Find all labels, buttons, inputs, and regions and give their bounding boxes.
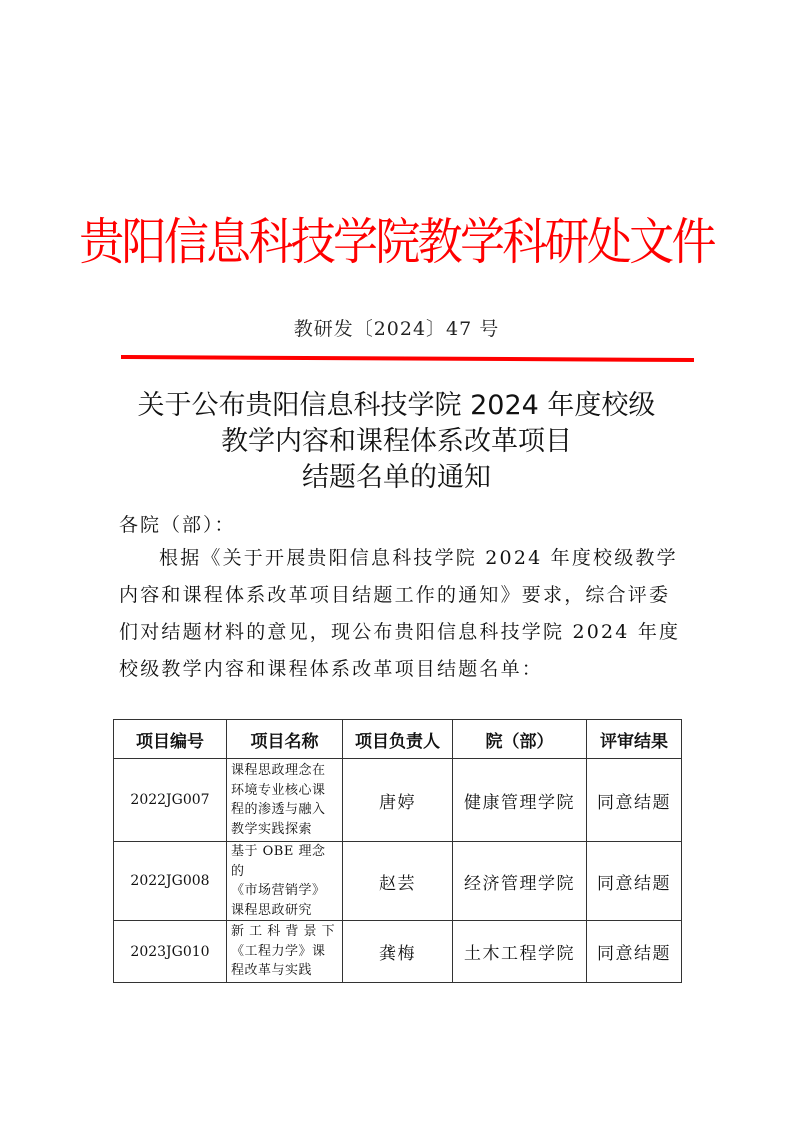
project-leader: 龚梅 [343,921,453,983]
project-name-line: 《市场营销学》 [231,881,338,901]
salutation: 各院（部）： [119,510,236,537]
project-name-line: 程的渗透与融入 [231,800,338,820]
document-masthead: 贵阳信息科技学院教学科研处文件 [40,212,754,272]
red-divider-line [121,355,694,362]
project-name-line: 教学实践探索 [231,820,338,840]
project-name: 新 工 科 背 景 下 《工程力学》课 程改革与实践 [227,921,343,983]
project-name-line: 《工程力学》课 [231,942,338,962]
department: 健康管理学院 [453,759,587,842]
document-number: 教研发〔2024〕47 号 [0,314,793,341]
project-name: 基于 OBE 理念的 《市场营销学》 课程思政研究 [227,842,343,921]
notice-title-line-3: 结题名单的通知 [0,460,793,496]
department: 土木工程学院 [453,921,587,983]
table-row: 2022JG008 基于 OBE 理念的 《市场营销学》 课程思政研究 赵芸 经… [114,842,682,921]
header-project-code: 项目编号 [114,720,227,759]
review-result: 同意结题 [587,759,682,842]
body-line: 校级教学内容和课程体系改革项目结题名单： [119,651,679,688]
project-name: 课程思政理念在 环境专业核心课 程的渗透与融入 教学实践探索 [227,759,343,842]
body-line: 内容和课程体系改革项目结题工作的通知》要求，综合评委 [119,577,679,614]
header-project-leader: 项目负责人 [343,720,453,759]
body-line: 们对结题材料的意见，现公布贵阳信息科技学院 2024 年度 [119,614,679,651]
table-row: 2022JG007 课程思政理念在 环境专业核心课 程的渗透与融入 教学实践探索… [114,759,682,842]
department: 经济管理学院 [453,842,587,921]
project-code: 2022JG007 [114,759,227,842]
project-code: 2023JG010 [114,921,227,983]
body-line: 根据《关于开展贵阳信息科技学院 2024 年度校级教学 [119,540,679,577]
review-result: 同意结题 [587,921,682,983]
project-leader: 唐婷 [343,759,453,842]
project-name-line: 环境专业核心课 [231,781,338,801]
project-code: 2022JG008 [114,842,227,921]
notice-title-line-1: 关于公布贵阳信息科技学院 2024 年度校级 [0,388,793,424]
notice-title-line-2: 教学内容和课程体系改革项目 [0,424,793,460]
table-row: 2023JG010 新 工 科 背 景 下 《工程力学》课 程改革与实践 龚梅 … [114,921,682,983]
project-name-line: 课程思政理念在 [231,761,338,781]
project-leader: 赵芸 [343,842,453,921]
review-result: 同意结题 [587,842,682,921]
table-header-row: 项目编号 项目名称 项目负责人 院（部） 评审结果 [114,720,682,759]
project-list-table: 项目编号 项目名称 项目负责人 院（部） 评审结果 2022JG007 课程思政… [113,719,682,983]
project-name-line: 新 工 科 背 景 下 [231,922,338,942]
header-department: 院（部） [453,720,587,759]
project-name-line: 程改革与实践 [231,961,338,981]
project-name-line: 基于 OBE 理念的 [231,842,338,881]
project-name-line: 课程思政研究 [231,901,338,921]
body-paragraph: 根据《关于开展贵阳信息科技学院 2024 年度校级教学 内容和课程体系改革项目结… [119,540,679,688]
header-project-name: 项目名称 [227,720,343,759]
header-review-result: 评审结果 [587,720,682,759]
